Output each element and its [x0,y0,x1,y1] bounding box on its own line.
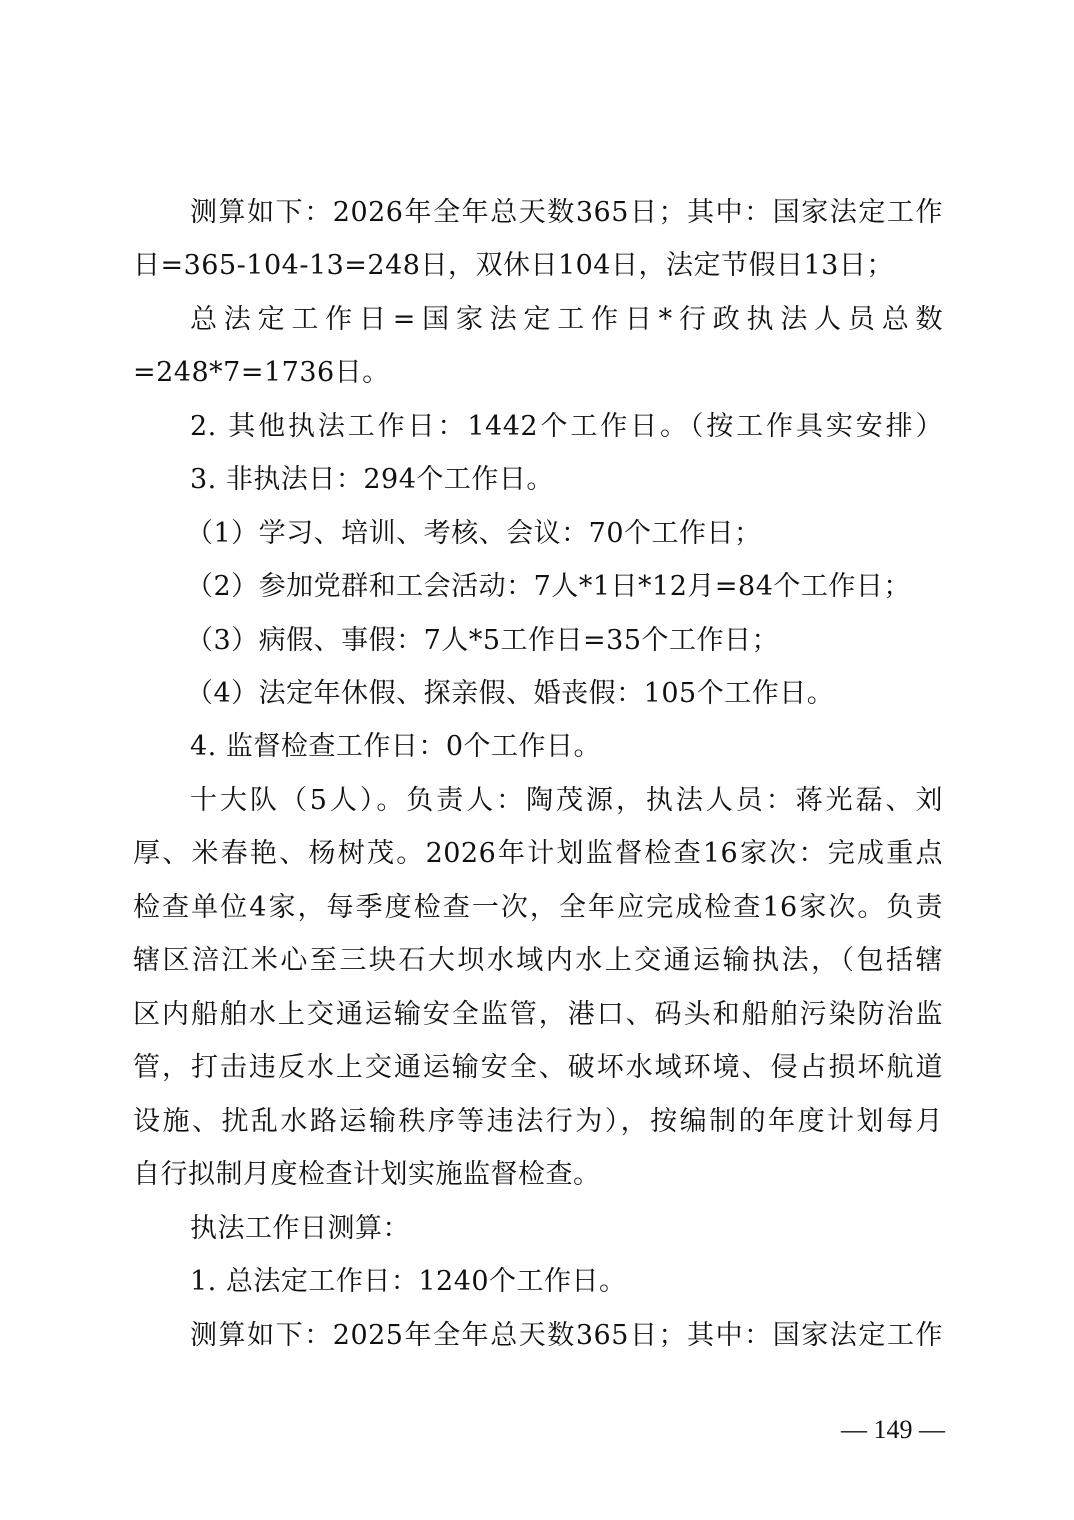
page-number: — 149 — [830,1410,945,1450]
paragraph-line: 自行拟制月度检查计划实施监督检查。 [133,1155,943,1195]
text-line: =248*7=1736日。 [133,353,943,393]
paragraph-line: 管，打击违反水上交通运输安全、破坏水域环境、侵占损坏航道 [133,1048,943,1088]
text-line: 测算如下：2025年全年总天数365日；其中：国家法定工作 [190,1316,943,1356]
document-page: 测算如下：2026年全年总天数365日；其中：国家法定工作 日=365-104-… [0,0,1074,1520]
paragraph-line: 厚、米春艳、杨树茂。2026年计划监督检查16家次：完成重点 [133,834,943,874]
paragraph-line: 区内船舶水上交通运输安全监管，港口、码头和船舶污染防治监 [133,995,943,1035]
sub-list-item: （1）学习、培训、考核、会议：70个工作日； [186,514,943,554]
list-item: 3. 非执法日：294个工作日。 [190,460,943,500]
paragraph-line: 辖区涪江米心至三块石大坝水域内水上交通运输执法，（包括辖 [133,941,943,981]
sub-list-item: （3）病假、事假：7人*5工作日=35个工作日； [186,621,943,661]
paragraph-line: 检查单位4家，每季度检查一次，全年应完成检查16家次。负责 [133,888,943,928]
sub-list-item: （2）参加党群和工会活动：7人*1日*12月=84个工作日； [186,567,943,607]
paragraph-line: 十大队（5人）。负责人：陶茂源，执法人员：蒋光磊、刘 [190,781,943,821]
text-line: 测算如下：2026年全年总天数365日；其中：国家法定工作 [190,193,943,233]
sub-list-item: （4）法定年休假、探亲假、婚丧假：105个工作日。 [186,674,943,714]
paragraph-line: 设施、扰乱水路运输秩序等违法行为），按编制的年度计划每月 [133,1102,943,1142]
list-item: 2. 其他执法工作日：1442个工作日。（按工作具实安排） [190,407,943,447]
text-line: 日=365-104-13=248日，双休日104日，法定节假日13日； [133,246,943,286]
section-heading: 执法工作日测算： [190,1209,943,1249]
list-item: 1. 总法定工作日：1240个工作日。 [190,1262,943,1302]
list-item: 4. 监督检查工作日：0个工作日。 [190,727,943,767]
text-line: 总法定工作日=国家法定工作日*行政执法人员总数 [190,300,943,340]
